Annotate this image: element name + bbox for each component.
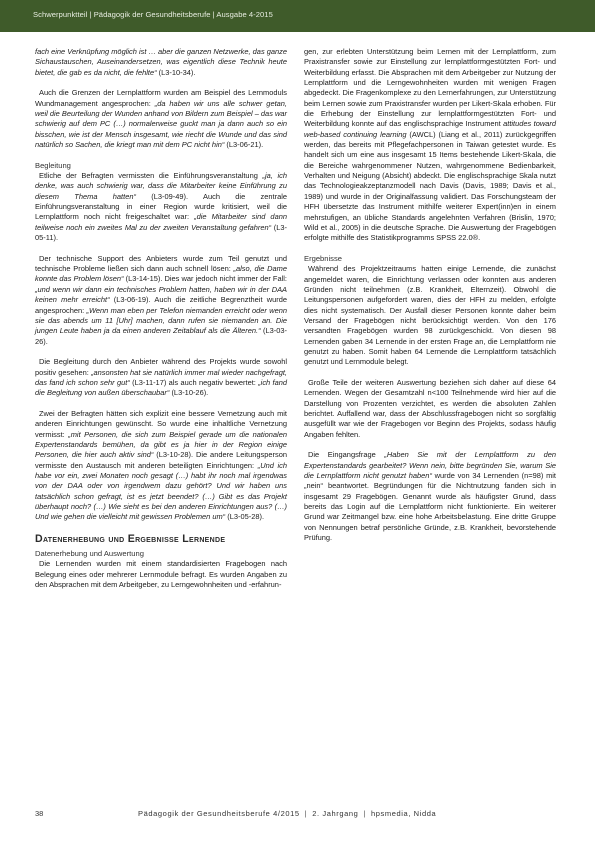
paragraph: Etliche der Befragten vermissten die Ein… <box>35 171 287 243</box>
running-header-text: Schwerpunktteil | Pädagogik der Gesundhe… <box>33 10 273 19</box>
paragraph: Große Teile der weiteren Auswertung bezi… <box>304 378 556 440</box>
publisher: hpsmedia, Nidda <box>371 809 436 818</box>
paragraph: gen, zur erlebten Unterstützung beim Ler… <box>304 47 556 244</box>
citation: (L3-10-26). <box>169 388 208 397</box>
footer-journal-info: Pädagogik der Gesundheitsberufe 4/2015|2… <box>138 809 436 818</box>
citation: (L3-06-21). <box>224 140 263 149</box>
section-title: Datenerhebung und Ergebnisse Lernende <box>35 533 287 546</box>
volume: 2. Jahrgang <box>312 809 358 818</box>
paragraph: Die Begleitung durch den Anbieter währen… <box>35 357 287 398</box>
subheading-begleitung: Begleitung <box>35 161 287 171</box>
paragraph: Der technische Support des Anbieters wur… <box>35 254 287 347</box>
subheading-ergebnisse: Ergebnisse <box>304 254 556 264</box>
citation: (L3-10-34). <box>157 68 196 77</box>
paragraph: Zwei der Befragten hätten sich explizit … <box>35 409 287 523</box>
text: Etliche der Befragten vermissten die Ein… <box>39 171 263 180</box>
right-column: gen, zur erlebten Unterstützung beim Ler… <box>304 47 556 554</box>
paragraph: Die Eingangsfrage „Haben Sie mit der Ler… <box>304 450 556 543</box>
text: Die Eingangsfrage <box>308 450 384 459</box>
page-number: 38 <box>35 809 43 818</box>
text: (AWCL) (Liang et al., 2011) zurückgegrif… <box>304 130 556 242</box>
text: wurde von 34 Lernenden (n=98) mit „nein“… <box>304 471 556 542</box>
subheading-datenerhebung: Datenerhebung und Auswertung <box>35 549 287 559</box>
paragraph: Während des Projektzeitraums hatten eini… <box>304 264 556 367</box>
citation: (L3-05-28). <box>225 512 264 521</box>
paragraph: Auch die Grenzen der Lernplattform wurde… <box>35 88 287 150</box>
separator: | <box>358 809 371 818</box>
text: gen, zur erlebten Unterstützung beim Ler… <box>304 47 556 128</box>
text: (L3-11-17) als auch negativ bewertet: <box>130 378 258 387</box>
journal-title: Pädagogik der Gesundheitsberufe 4/2015 <box>138 809 300 818</box>
page-footer: 38 Pädagogik der Gesundheitsberufe 4/201… <box>0 809 595 823</box>
paragraph: Die Lernenden wurden mit einem standardi… <box>35 559 287 590</box>
running-header-bar: Schwerpunktteil | Pädagogik der Gesundhe… <box>0 0 595 32</box>
text: (L3-14-15). Dies war jedoch nicht immer … <box>124 274 287 283</box>
left-column: fach eine Verknüpfung möglich ist … aber… <box>35 47 287 590</box>
paragraph: fach eine Verknüpfung möglich ist … aber… <box>35 47 287 78</box>
separator: | <box>300 809 313 818</box>
